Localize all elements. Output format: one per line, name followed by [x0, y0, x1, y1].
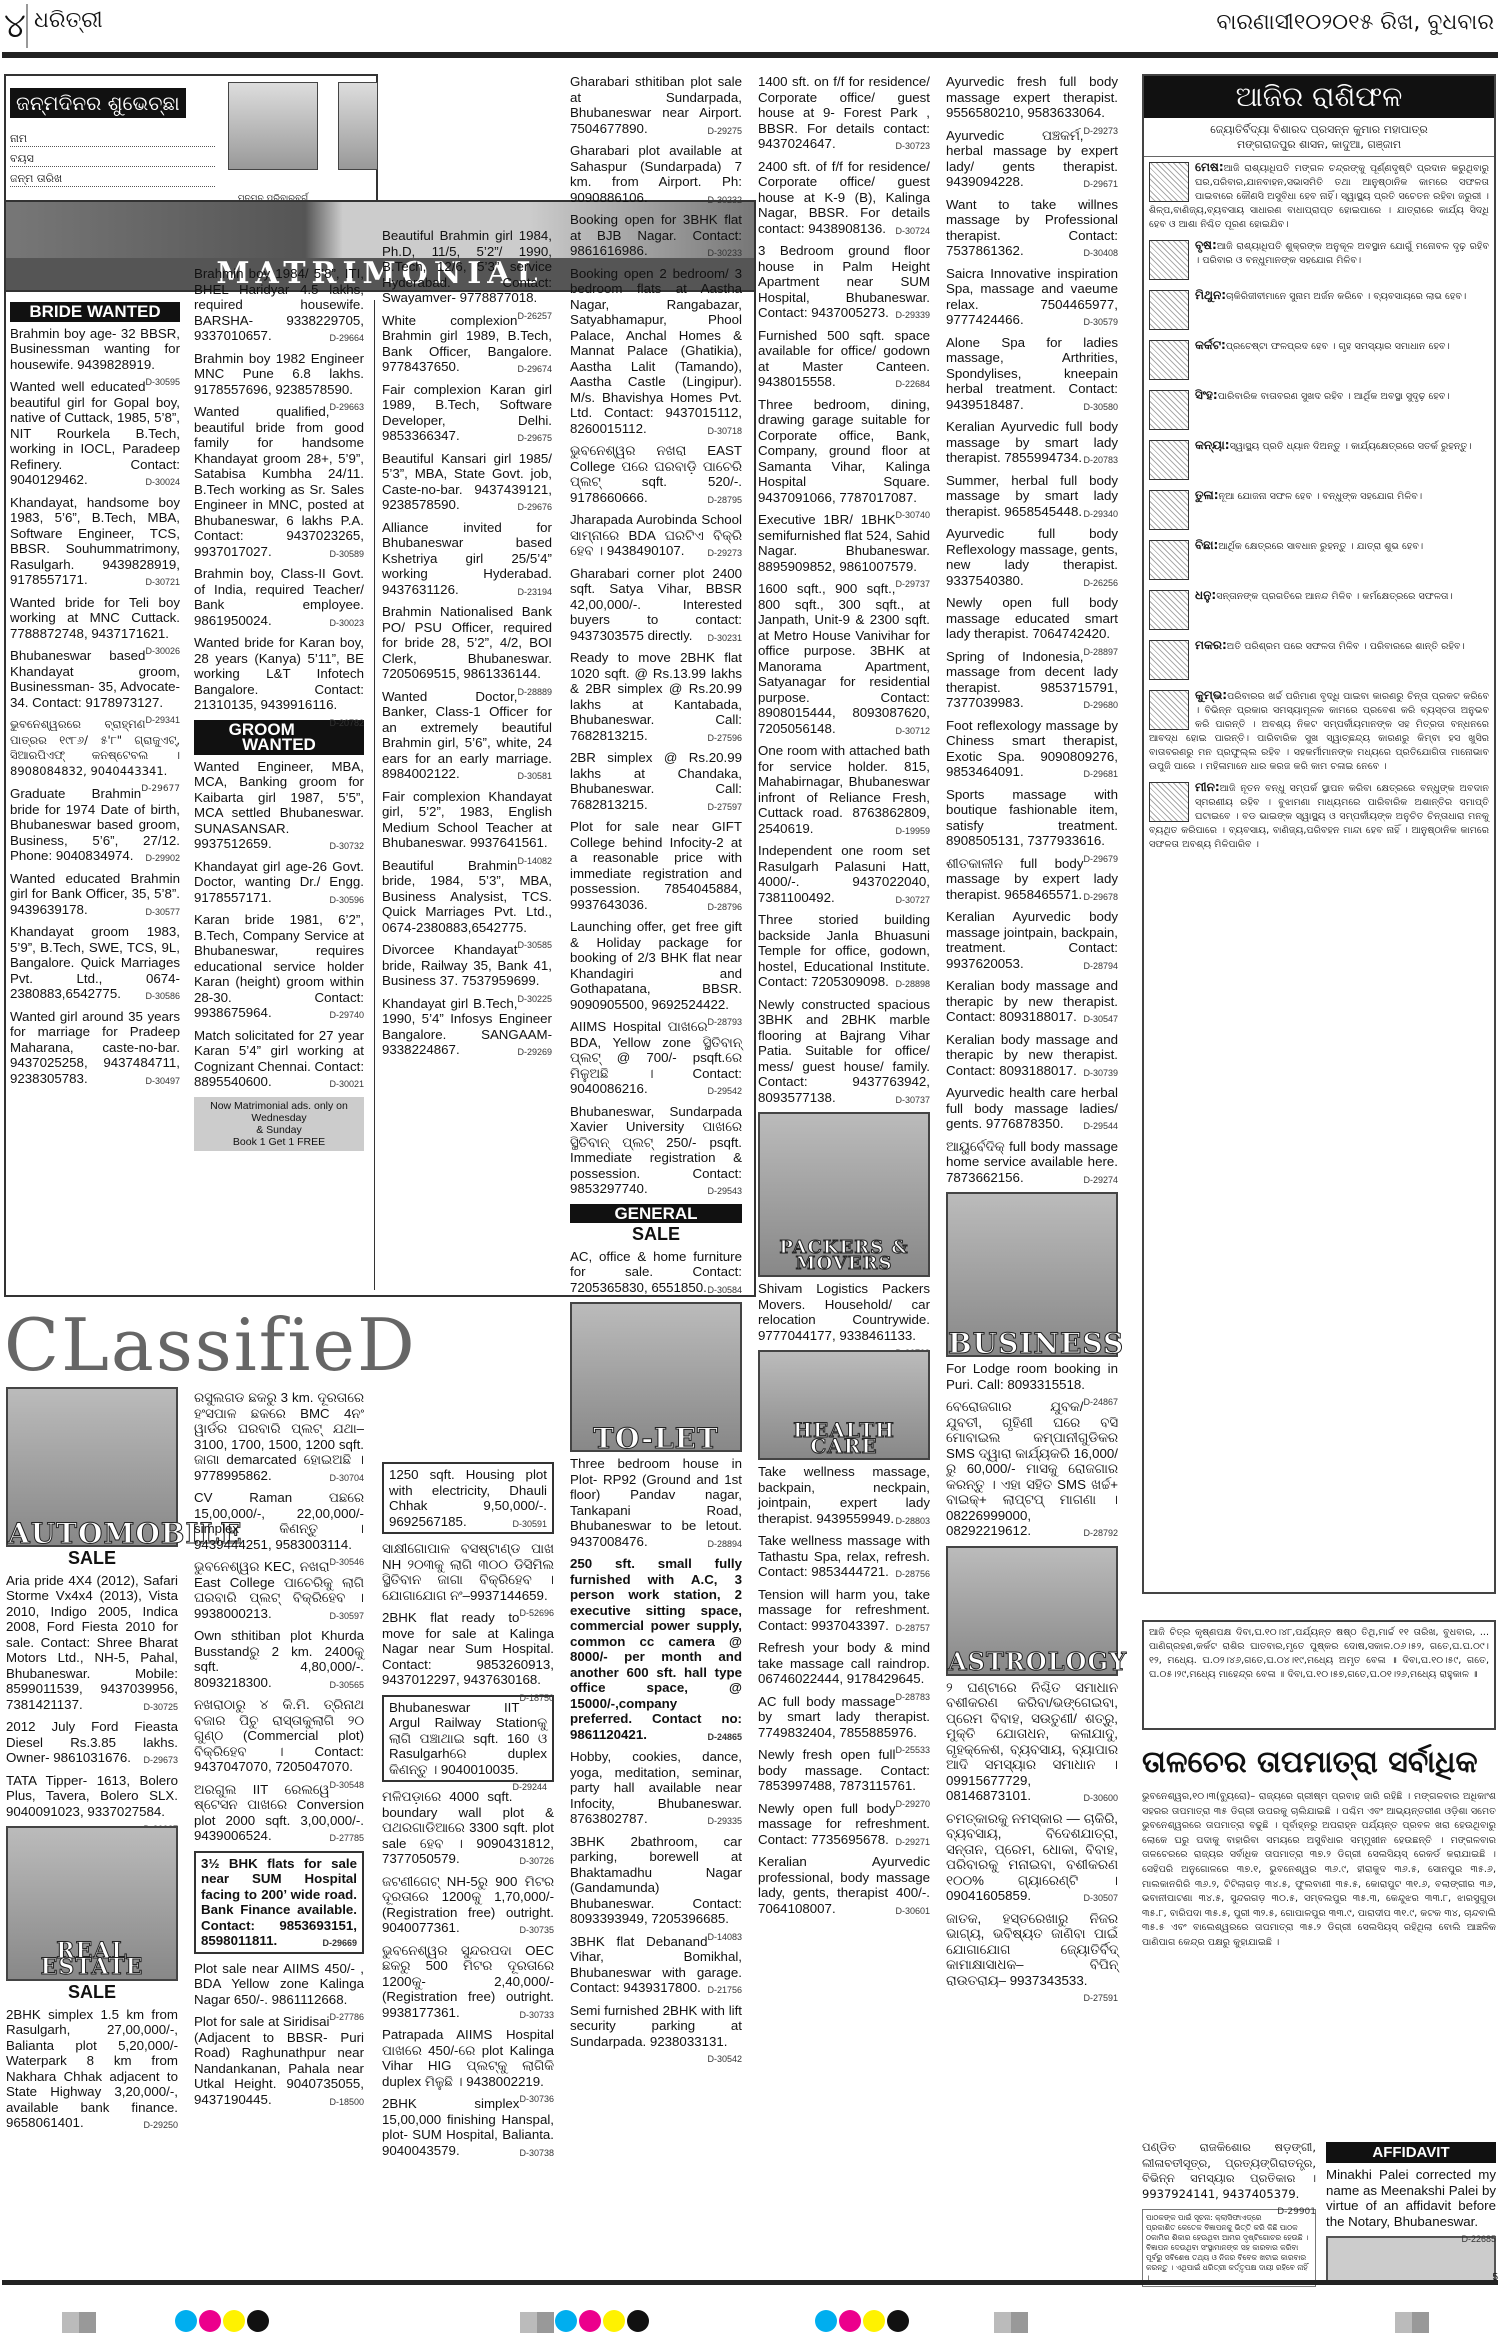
classified-ad: Keralian body massage and therapic by ne… [946, 978, 1118, 1025]
ad-text: ଜାତକ, ହସ୍ତରେଖାରୁ ନିଜର ଭାଗ୍ୟ, ଭବିଷ୍ୟତ ଜାଣ… [946, 1911, 1118, 1988]
classified-ad: Karan bride 1981, 6’2”, B.Tech, Company … [194, 912, 364, 1021]
classified-ad: Wanted well educated beautiful girl for … [10, 379, 180, 488]
ad-code: D-30600 [1083, 1791, 1118, 1807]
ad-code: D-30026 [145, 644, 180, 660]
sign-name: ଧନୁ: [1195, 588, 1216, 602]
archer-icon [1149, 590, 1189, 630]
aquarius-icon [1149, 690, 1189, 730]
ad-code: D-30233 [707, 246, 742, 262]
sign-text: ସନ୍ତାନଙ୍କ ପ୍ରଗତିରେ ଆନନ୍ଦ ମିଳିବ । କର୍ମକ୍ଷ… [1216, 591, 1453, 602]
sign-text: ଅତି ପରିଶ୍ରମ ପରେ ସଫଳତା ମିଳିବ । ପରିବାରରେ ଶ… [1227, 641, 1465, 652]
ad-code: D-30497 [145, 1074, 180, 1090]
classified-ad: 250 sft. small fully furnished with A.C,… [570, 1556, 742, 1742]
sign-name: ମେଷ: [1195, 160, 1224, 174]
classified-column-1: AUTOMOBILE SALE Aria pride 4X4 (2012), S… [6, 1387, 178, 2138]
classified-ad: Brahmin boy age- 32 BBSR, Businessman wa… [10, 326, 180, 373]
ad-code: D-29250 [143, 2118, 178, 2134]
paper-logo: ଧରିତ୍ରୀ [34, 8, 103, 33]
ad-code: D-30712 [895, 724, 930, 740]
classified-ad: 1600 sqft., 900 sqft., 800 sqft., 300 sq… [758, 581, 930, 736]
ad-text: One room with attached bath for service … [758, 743, 930, 836]
color-registration-marks [555, 2310, 649, 2332]
ad-code: D-27786 [329, 2010, 364, 2026]
classified-ad: Three bedroom, dining, drawing garage su… [758, 397, 930, 506]
sign-text: ନୂଆ ଯୋଜନା ସଫଳ ହେବ । ବନ୍ଧୁଙ୍କ ସହଯୋଗ ମିଳିବ… [1219, 491, 1423, 502]
classified-ad: 2BR simplex @ Rs.20.99 lakhs at Chandaka… [570, 750, 742, 812]
ad-code: D-30601 [895, 1904, 930, 1920]
bull-icon [1149, 240, 1189, 280]
classified-ad: Gharabari plot available at Sahaspur (Su… [570, 143, 742, 205]
classified-ad: Khandayat, handsome boy 1983, 5’6”, B.Te… [10, 495, 180, 588]
scales-icon [1149, 490, 1189, 530]
services-column: Ayurvedic fresh full body massage expert… [946, 74, 1118, 2007]
ad-text: ବେରୋଜଗାର ଯୁବକ/ ଯୁବତୀ, ଗୃହିଣୀ ଘରେ ବସି ମୋବ… [946, 1399, 1118, 1538]
classified-ad: Wanted bride for Karan boy, 28 years (Ka… [194, 635, 364, 713]
ad-text: Bhubaneswar IIT Argul Railway Stationକୁ … [389, 1700, 547, 1777]
sign-name: କର୍କଟ: [1195, 338, 1226, 352]
classified-ad: Wanted qualified, beautiful bride from g… [194, 404, 364, 559]
classified-ad: Alliance invited for Bhubaneswar based K… [382, 520, 552, 598]
ad-text: Newly constructed spacious 3BHK and 2BHK… [758, 997, 930, 1105]
classified-column-2: ରସୁଲଗଡ ଛକରୁ 3 km. ଦୂରତାରେ ହଂସପାଳ ଛକରେ BM… [194, 1390, 364, 2114]
sign-name: ବୃଷ: [1195, 238, 1217, 252]
ad-code: D-23194 [517, 585, 552, 601]
classified-ad: Newly constructed spacious 3BHK and 2BHK… [758, 997, 930, 1106]
classified-ad: Keralian Ayurvedic professional, body ma… [758, 1854, 930, 1916]
classified-ad: ଜାତକ, ହସ୍ତରେଖାରୁ ନିଜର ଭାଗ୍ୟ, ଭବିଷ୍ୟତ ଜାଣ… [946, 1911, 1118, 1989]
classified-ad: Three bedroom house in Plot- RP92 (Groun… [570, 1456, 742, 1549]
classified-ad: Semi furnished 2BHK with lift security p… [570, 2003, 742, 2050]
gray-registration-mark [1395, 2312, 1429, 2333]
ad-code: D-30580 [1083, 400, 1118, 416]
automobile-image: AUTOMOBILE [6, 1387, 178, 1547]
classified-ad: ସାକ୍ଷୀଗୋପାଳ ବସଷ୍ଟାଣ୍ଡ ପାଖ NH ୨୦୩କୁ ଲାଗି … [382, 1541, 554, 1603]
classified-ad: Three storied building backside Janla Bh… [758, 912, 930, 990]
ad-code: D-30739 [1083, 1066, 1118, 1082]
twins-icon [1149, 290, 1189, 330]
ad-text: Wanted well educated beautiful girl for … [10, 379, 180, 487]
classified-ad: 3 Bedroom ground floor house in Palm Hei… [758, 243, 930, 321]
crab-icon [1149, 340, 1189, 380]
ad-text: Beautiful Brahmin girl 1984, Ph.D, 11/5,… [382, 228, 552, 305]
ad-code: D-30727 [895, 893, 930, 909]
classified-ad: Fair complexion Khandayat girl, 5’2”, 19… [382, 789, 552, 851]
ad-code: D-30721 [145, 575, 180, 591]
ad-code: D-18750 [519, 1691, 554, 1707]
ad-text: ସାକ୍ଷୀଗୋପାଳ ବସଷ୍ଟାଣ୍ଡ ପାଖ NH ୨୦୩କୁ ଲାଗି … [382, 1541, 554, 1603]
classified-ad: Gharabari sthitiban plot sale at Sundarp… [570, 74, 742, 136]
ad-text: Newly open full body massage educated sm… [946, 595, 1118, 641]
ad-code: D-29273 [1083, 124, 1118, 140]
name-field[interactable]: ନାମ [10, 132, 215, 147]
sign-name: ମିଥୁନ: [1195, 288, 1226, 302]
ad-code: D-29681 [1083, 767, 1118, 783]
classified-ad: Alone Spa for ladies massage, Arthrities… [946, 335, 1118, 413]
classified-ad: Want to take willnes massage by Professi… [946, 197, 1118, 259]
general-sale-heading: SALE [570, 1227, 742, 1243]
ad-code: D-29673 [143, 1753, 178, 1769]
classified-ad: Brahmin Nationalised Bank PO/ PSU Office… [382, 604, 552, 682]
ad-code: D-30595 [145, 375, 180, 391]
sign-name: ମୀନ: [1195, 780, 1220, 794]
classified-ad: Jharapada Aurobinda School ସାମ୍ନାରେ BDA … [570, 512, 742, 559]
ad-text: Karan bride 1981, 6’2”, B.Tech, Company … [194, 912, 364, 1020]
ad-code: D-27785 [329, 1831, 364, 1847]
classified-ad: 2400 sft. of f/f for residence/ Corporat… [758, 159, 930, 237]
ad-code: D-30548 [329, 1778, 364, 1794]
classified-ad: Beautiful Kansari girl 1985/ 5’3”, MBA, … [382, 451, 552, 513]
ad-text: Shivam Logistics Packers Movers. Househo… [758, 1281, 930, 1343]
sign-name: ତୁଳା: [1195, 488, 1219, 502]
ad-code: D-28897 [1083, 645, 1118, 661]
horoscope-sign: କର୍କଟ:ପ୍ରଚେଷ୍ଟା ଫଳପ୍ରଦ ହେବ । ଗୃହ ସମସ୍ୟାର… [1144, 335, 1494, 385]
classified-ad: 2BHK flat ready to move for sale at Kali… [382, 1610, 554, 1688]
ad-text: Brahmin boy 1982 Engineer MNC Pune 6.8 l… [194, 351, 364, 397]
matrimonial-column-3: Beautiful Brahmin girl 1984, Ph.D, 11/5,… [382, 228, 552, 1065]
ad-code: D-30542 [707, 2052, 742, 2068]
classified-ad: TATA Tipper- 1613, Bolero Plus, Tavera, … [6, 1773, 178, 1820]
ad-text: TATA Tipper- 1613, Bolero Plus, Tavera, … [6, 1773, 178, 1819]
astrology-image: ASTROLOGY [946, 1546, 1118, 1676]
ad-code: D-29339 [895, 308, 930, 324]
ad-text: 2BHK flat ready to move for sale at Kali… [382, 1610, 554, 1687]
ad-code: D-30726 [519, 1854, 554, 1870]
scorpion-icon [1149, 540, 1189, 580]
affidavit-block: AFFIDAVIT Minakhi Palei corrected my nam… [1326, 2140, 1496, 2284]
classified-ad: Plot for sale near GIFT College behind I… [570, 819, 742, 912]
classified-ad: AC, office & home furniture for sale. Co… [570, 1249, 742, 1296]
footer-rule [2, 2280, 1498, 2285]
ad-text: Aria pride 4X4 (2012), Safari Storme Vx4… [6, 1573, 178, 1712]
horoscope-sign: ବିଛା:ଆର୍ଥିକ କ୍ଷେତ୍ରରେ ସାବଧାନ ରୁହନ୍ତୁ । ଯ… [1144, 535, 1494, 585]
classified-ad: Ayurvedic health care herbal full body m… [946, 1085, 1118, 1132]
classified-ad: Gharabari corner plot 2400 sqft. Satya V… [570, 566, 742, 644]
ad-code: D-28796 [707, 900, 742, 916]
ad-code: D-30547 [1083, 1012, 1118, 1028]
ad-code: D-14083 [707, 1930, 742, 1946]
ad-text: 3BHK 2bathroom, car parking, borewell at… [570, 1834, 742, 1927]
ad-code: D-30584 [707, 1283, 742, 1299]
sign-name: ସିଂହ: [1195, 388, 1218, 402]
fish-icon [1149, 782, 1189, 822]
tolet-image: TO-LET [570, 1302, 742, 1452]
classified-ad: 2012 July Ford Fieasta Diesel Rs.3.85 la… [6, 1719, 178, 1766]
gray-registration-mark [994, 2312, 1028, 2333]
ad-code: D-29341 [145, 713, 180, 729]
ad-code: D-27597 [707, 800, 742, 816]
ad-code: D-30579 [1083, 315, 1118, 331]
ad-code: D-29737 [895, 577, 930, 593]
classified-ad: Match solicitated for 27 year Karan 5’4”… [194, 1028, 364, 1090]
ad-code: D-29902 [145, 851, 180, 867]
ad-code: D-29544 [1083, 1119, 1118, 1135]
ad-code: D-30596 [329, 893, 364, 909]
page-header: ୪ ଧରିତ୍ରୀ ବାରଣାସୀ୧୦୨୦୧୫ ରିଖ, ବୁଧବାର [0, 0, 1500, 60]
classified-ad: ଜଟଣୀଗେଟ୍ NH-5ରୁ 900 ମିଟର ଦୂରତାରେ 1200କୁ … [382, 1874, 554, 1936]
horoscope-sign: ତୁଳା:ନୂଆ ଯୋଜନା ସଫଳ ହେବ । ବନ୍ଧୁଙ୍କ ସହଯୋଗ … [1144, 485, 1494, 535]
panchang-text: ଆଜି ଚିତ୍ର କୃଷ୍ଣପକ୍ଷ ଦିବା,ଘ.୧୦।୪୮,ପର୍ଯ୍ୟନ… [1144, 1622, 1494, 1686]
ad-code: D-18500 [329, 2095, 364, 2111]
matrimonial-promo: Now Matrimonial ads. only onWednesday& S… [194, 1097, 364, 1151]
age-field[interactable]: ବୟସ [10, 152, 215, 167]
horoscope-author: ଜ୍ୟୋତିର୍ବିଦ୍ୟା ବିଶାରଦ ପ୍ରସନ୍ନ କୁମାର ମହାପ… [1144, 118, 1494, 157]
ad-code: D-28803 [895, 1514, 930, 1530]
classified-ad: Khandayat girl age-26 Govt. Doctor, want… [194, 859, 364, 906]
classified-ad: Aria pride 4X4 (2012), Safari Storme Vx4… [6, 1573, 178, 1713]
ad-text: Wanted bride for Karan boy, 28 years (Ka… [194, 635, 364, 712]
classified-ad: Graduate Brahmin bride for 1974 Date of … [10, 786, 180, 864]
ad-code: D-28794 [1083, 959, 1118, 975]
classified-ad: ଭୁବନେଶ୍ୱର ନଖରା EAST College ପରେ ଘରବାଡ଼ି … [570, 443, 742, 505]
ad-text: ଚମତ୍କାରକୁ ନମସ୍କାର — ଚାକିରି, ବ୍ୟବସାୟ, ବିଦ… [946, 1811, 1118, 1904]
classified-ad: Summer, herbal full body massage by smar… [946, 473, 1118, 520]
classified-ad: Ready to move 2BHK flat 1020 sqft. @ Rs.… [570, 650, 742, 743]
ad-text: ନଖରାଠାରୁ ୪ କି.ମି. ତ୍ରିନାଥ ବଜାର ପିଚୁ ରାସ୍… [194, 1697, 364, 1774]
magenta-dot [199, 2310, 221, 2332]
ad-code: D-30225 [517, 992, 552, 1008]
ad-code: D-30507 [1083, 1891, 1118, 1907]
classified-ad: ରସୁଲଗଡ ଛକରୁ 3 km. ଦୂରତାରେ ହଂସପାଳ ଛକରେ BM… [194, 1390, 364, 1483]
classified-ad: Wanted bride for Teli boy working at MNC… [10, 595, 180, 642]
ad-text: Wanted Engineer, MBA, MCA, Banking groom… [194, 759, 364, 852]
packers-movers-image: PACKERS & MOVERS [758, 1112, 930, 1277]
ad-code: D-29340 [1083, 507, 1118, 523]
ad-text: For Lodge room booking in Puri. Call: 80… [946, 1361, 1118, 1392]
ad-code: D-29275 [707, 124, 742, 140]
ad-code: D-28757 [895, 1621, 930, 1637]
cyan-dot [175, 2310, 197, 2332]
classified-ad: For Lodge room booking in Puri. Call: 80… [946, 1361, 1118, 1392]
classified-ad: Keralian Ayurvedic full body massage by … [946, 419, 1118, 466]
real-estate-image: REAL ESTATE [6, 1826, 178, 1981]
ad-text: Three bedroom house in Plot- RP92 (Groun… [570, 1456, 742, 1549]
black-dot [247, 2310, 269, 2332]
ad-text: Sports massage with boutique fashionable… [946, 787, 1118, 849]
ad-text: ରସୁଲଗଡ ଛକରୁ 3 km. ଦୂରତାରେ ହଂସପାଳ ଛକରେ BM… [194, 1390, 364, 1483]
page-number: ୪ [4, 6, 26, 46]
sign-text: ସ୍ୱାସ୍ଥ୍ୟ ପ୍ରତି ଧ୍ୟାନ ଦିଅନ୍ତୁ । କାର୍ଯ୍ୟକ… [1230, 441, 1472, 452]
ad-code: D-24865 [707, 1730, 742, 1746]
ad-code: D-29674 [517, 362, 552, 378]
header-divider [26, 4, 28, 48]
classified-ad: Brahmin boy 1982 Engineer MNC Pune 6.8 l… [194, 351, 364, 398]
classified-ad: Ayurvedic fresh full body massage expert… [946, 74, 1118, 121]
classified-ad: Brahmin boy, Class-II Govt. of India, re… [194, 566, 364, 628]
ad-text: Wanted qualified, beautiful bride from g… [194, 404, 364, 559]
health-care-image: HEALTH CARE [758, 1350, 930, 1460]
news-body: ଭୁବନେଶ୍ୱର,୧୦।୩(ବ୍ୟୁରୋ)– ରାଜ୍ୟରେ ଗ୍ରୀଷ୍ମ … [1142, 1790, 1496, 1951]
classified-ad: 1400 sft. on f/f for residence/ Corporat… [758, 74, 930, 152]
classified-ad: Booking open for 3BHK flat at BJB Nagar.… [570, 212, 742, 259]
classified-ad: Beautiful Brahmin bride, 1984, 5’3”, MBA… [382, 858, 552, 936]
ad-code: D-30589 [329, 547, 364, 563]
ad-text: Patrapada AIIMS Hospital ପାଖରେ 450/-ରେ p… [382, 2027, 554, 2089]
ad-code: D-30738 [519, 2146, 554, 2162]
classified-ad: 3BHK 2bathroom, car parking, borewell at… [570, 1834, 742, 1927]
color-registration-marks [175, 2310, 269, 2332]
ad-code: D-20783 [1083, 453, 1118, 469]
child-photo-1 [228, 82, 318, 170]
ad-text: CV Raman ପଛରେ 15,00,000/-, 22,00,000/- s… [194, 1490, 364, 1552]
classified-ad: Sports massage with boutique fashionable… [946, 787, 1118, 849]
classified-ad: Wanted Engineer, MBA, MCA, Banking groom… [194, 759, 364, 852]
ad-text: Semi furnished 2BHK with lift security p… [570, 2003, 742, 2049]
ad-code: D-29664 [329, 331, 364, 347]
ad-code: D-29677 [141, 782, 180, 798]
classified-ad: ପଣ୍ଡିତ ରାଜକିଶୋର ଷଡ଼ଙ୍ଗୀ, ଲୀଳାବତୀସୂତ୍ର, ପ… [1142, 2140, 1316, 2202]
classified-ad: Booking open 2 bedroom/ 3 bedroom flats … [570, 266, 742, 437]
classified-ad: Newly open full body massage educated sm… [946, 595, 1118, 642]
matrimonial-column-1: BRIDE WANTED Brahmin boy age- 32 BBSR, B… [10, 300, 180, 1093]
ram-icon [1149, 162, 1189, 202]
ad-text: Fair complexion Khandayat girl, 5’2”, 19… [382, 789, 552, 851]
ad-code: D-27591 [1083, 1991, 1118, 2007]
affidavit-ad: Minakhi Palei corrected my name as Meena… [1326, 2167, 1496, 2229]
ad-text: 1600 sqft., 900 sqft., 800 sqft., 300 sq… [758, 581, 930, 736]
classified-ad: ବେରୋଜଗାର ଯୁବକ/ ଯୁବତୀ, ଗୃହିଣୀ ଘରେ ବସି ମୋବ… [946, 1399, 1118, 1539]
sign-name: କୁମ୍ଭ: [1195, 688, 1227, 702]
goat-icon [1149, 640, 1189, 680]
ad-code: D-30704 [329, 1471, 364, 1487]
classified-ad: ୨ ଘଣ୍ଟାରେ ନିଶ୍ଚିତ ସମାଧାନ ବଶୀକରଣ କରିବା/ଭଙ… [946, 1680, 1118, 1804]
classified-ad: Fair complexion Karan girl 1989, B.Tech,… [382, 382, 552, 444]
horoscope-sign: ମୀନ:ଆଜି ନୂତନ ବନ୍ଧୁ ସମ୍ପର୍କ ସ୍ଥାପନ କରିବା … [1144, 777, 1494, 855]
classified-ad: Ayurvedic full body Reflexology massage,… [946, 526, 1118, 588]
ad-code: D-27596 [707, 731, 742, 747]
classified-ad: Beautiful Brahmin girl 1984, Ph.D, 11/5,… [382, 228, 552, 306]
classified-ad: Wanted girl around 35 years for marriage… [10, 1009, 180, 1087]
ad-code: D-25533 [895, 1743, 930, 1759]
sign-text: ପରିବାରର ଖର୍ଚ୍ଚ ପରିମାଣ ବୃଦ୍ଧି ପାଇବା କାରଣର… [1149, 691, 1489, 772]
ad-code: D-30565 [329, 1678, 364, 1694]
rental-column: 1400 sft. on f/f for residence/ Corporat… [758, 74, 930, 1923]
horoscope-sign: କୁମ୍ଭ:ପରିବାରର ଖର୍ଚ୍ଚ ପରିମାଣ ବୃଦ୍ଧି ପାଇବା… [1144, 685, 1494, 777]
ad-code: D-26257 [517, 309, 552, 325]
ad-text: Plot for sale near GIFT College behind I… [570, 819, 742, 912]
ad-code: D-52696 [519, 1606, 554, 1622]
horoscope-sign: ବୃଷ:ଆଜି ରାଶ୍ୟାଧିପତି ଶୁକ୍ରଙ୍କ ଅନୁକୂଳ ଅବସ୍… [1144, 235, 1494, 285]
classified-ad: Refresh your body & mind take massage ca… [758, 1640, 930, 1687]
ad-code: D-30740 [895, 508, 930, 524]
ad-code: D-29543 [707, 1184, 742, 1200]
ad-code: D-29270 [895, 1797, 930, 1813]
ad-code: D-30231 [707, 631, 742, 647]
horoscope-sign: ମେଷ:ଆଜି ରାଶ୍ୟାଧିପତି ମଙ୍ଗଳ ଚନ୍ଦ୍ରଙ୍କୁ ପୂର… [1144, 157, 1494, 235]
ad-code: D-28793 [707, 1015, 742, 1031]
sign-text: ପାରିବାରିକ ବାତାବରଣ ସୁଖଦ ରହିବ । ଆର୍ଥିକ ଅବସ… [1218, 391, 1450, 402]
matrimonial-column-2: Brahmin boy 1984/ 5’8”, ITI, BHEL Haridy… [194, 266, 364, 1151]
ad-text: Three bedroom, dining, drawing garage su… [758, 397, 930, 505]
ad-text: Wanted Doctor, Banker, Class-1 Officer f… [382, 689, 552, 782]
horoscope-title: ଆଜିର ରାଶିଫଳ [1144, 76, 1494, 118]
ad-code: D-30723 [895, 139, 930, 155]
classified-ad: 1250 sqft. Housing plot with electricity… [382, 1462, 554, 1534]
ad-text: Ready to move 2BHK flat 1020 sqft. @ Rs.… [570, 650, 742, 743]
bride-wanted-heading: BRIDE WANTED [10, 302, 180, 322]
horoscope-sign: ଧନୁ:ସନ୍ତାନଙ୍କ ପ୍ରଗତିରେ ଆନନ୍ଦ ମିଳିବ । କର୍… [1144, 585, 1494, 635]
ad-text: Wanted bride for Teli boy working at MNC… [10, 595, 180, 641]
ad-code: D-29269 [517, 1045, 552, 1061]
classified-ad: Take wellness massage, backpain, neckpai… [758, 1464, 930, 1526]
classified-column-3: 1250 sqft. Housing plot with electricity… [382, 1462, 554, 2165]
classified-ad: One room with attached bath for service … [758, 743, 930, 836]
ad-code: D-30021 [329, 1077, 364, 1093]
ad-code: D-26256 [1083, 576, 1118, 592]
sign-text: ଚାକିରିଜୀବୀମାନେ ସୁନାମ ଅର୍ଜନ କରିବେ । ବ୍ୟବସ… [1226, 291, 1466, 302]
ad-code: D-28889 [517, 685, 552, 701]
ad-code: D-30577 [145, 905, 180, 921]
gray-registration-mark [520, 2312, 554, 2333]
horoscope-sign: ମକର:ଅତି ପରିଶ୍ରମ ପରେ ସଫଳତା ମିଳିବ । ପରିବାର… [1144, 635, 1494, 685]
classified-ad: Furnished 500 sqft. space available for … [758, 328, 930, 390]
ad-code: D-28792 [1083, 1526, 1118, 1542]
classified-ad: Shivam Logistics Packers Movers. Househo… [758, 1281, 930, 1343]
ad-text: Launching offer, get free gift & Holiday… [570, 919, 742, 1012]
classified-ad: Wanted educated Brahmin girl for Bank Of… [10, 871, 180, 918]
ad-code: D-28756 [895, 1567, 930, 1583]
ad-text: Brahmin boy age- 32 BBSR, Businessman wa… [10, 326, 180, 372]
classified-ad: Hobby, cookies, dance, yoga, meditation,… [570, 1749, 742, 1827]
ad-code: D-29271 [895, 1835, 930, 1851]
reader-notice: ପାଠକଙ୍କ ପାଇଁ ସୂଚନା: କ୍ଲାସିଫାଏଡ୍‌ରେ ପ୍ରକା… [1142, 2209, 1316, 2287]
general-heading: GENERAL [570, 1204, 742, 1224]
ad-code: D-29676 [517, 500, 552, 516]
classified-ad: Keralian Ayurvedic body massage jointpai… [946, 909, 1118, 971]
ad-code: D-30546 [329, 1555, 364, 1571]
ad-text: Plot sale near AIIMS 450/- , BDA Yellow … [194, 1961, 364, 2007]
ad-code: D-30232 [707, 193, 742, 209]
ad-text: ୨ ଘଣ୍ଟାରେ ନିଶ୍ଚିତ ସମାଧାନ ବଶୀକରଣ କରିବା/ଭଙ… [946, 1680, 1118, 1804]
sign-text: ଆର୍ଥିକ କ୍ଷେତ୍ରରେ ସାବଧାନ ରୁହନ୍ତୁ । ଯାତ୍ରା… [1218, 541, 1423, 552]
ad-text: Bhubaneswar, Sundarpada Xavier Universit… [570, 1104, 742, 1197]
classified-ad: Take wellness massage with Tathastu Spa,… [758, 1533, 930, 1580]
ad-code: D-29273 [707, 546, 742, 562]
color-registration-marks [815, 2310, 909, 2332]
ad-code: D-29680 [1083, 698, 1118, 714]
ad-code: D-30597 [329, 1609, 364, 1625]
classified-ad: Bhubaneswar, Sundarpada Xavier Universit… [570, 1104, 742, 1197]
header-rule [2, 52, 1498, 58]
ad-code: D-29274 [1083, 1173, 1118, 1189]
ad-code: D-29675 [517, 431, 552, 447]
virgo-icon [1149, 440, 1189, 480]
ad-text: 250 sft. small fully furnished with A.C,… [570, 1556, 742, 1742]
page-marker: 5 [1492, 2272, 1498, 2283]
ad-code: D-22684 [895, 377, 930, 393]
classified-ad: Plot sale near AIIMS 450/- , BDA Yellow … [194, 1961, 364, 2008]
sign-name: କନ୍ୟା: [1195, 438, 1230, 452]
classified-ad: ଚମତ୍କାରକୁ ନମସ୍କାର — ଚାକିରି, ବ୍ୟବସାୟ, ବିଦ… [946, 1811, 1118, 1904]
ad-code: D-30408 [1083, 246, 1118, 262]
real-estate-sale-heading: SALE [6, 1985, 178, 2001]
horoscope-sign: ମିଥୁନ:ଚାକିରିଜୀବୀମାନେ ସୁନାମ ଅର୍ଜନ କରିବେ ।… [1144, 285, 1494, 335]
ad-code: D-24867 [1083, 1395, 1118, 1411]
classified-ad: 2BHK simplex 1.5 km from Rasulgarh, 27,0… [6, 2007, 178, 2131]
ad-text: Brahmin Nationalised Bank PO/ PSU Office… [382, 604, 552, 681]
classified-ad: Patrapada AIIMS Hospital ପାଖରେ 450/-ରେ p… [382, 2027, 554, 2089]
ad-code: D-30024 [145, 475, 180, 491]
ad-code: D-29335 [707, 1814, 742, 1830]
dob-field[interactable]: ଜନ୍ମ ତାରିଖ [10, 172, 215, 187]
ad-text: Booking open 2 bedroom/ 3 bedroom flats … [570, 266, 742, 436]
horoscope-sign: ସିଂହ:ପାରିବାରିକ ବାତାବରଣ ସୁଖଦ ରହିବ । ଆର୍ଥି… [1144, 385, 1494, 435]
child-photo-2 [338, 82, 378, 170]
ad-code: D-30737 [895, 1093, 930, 1109]
birthday-title: ଜନ୍ମଦିନର ଶୁଭେଚ୍ଛା [10, 88, 186, 118]
classified-ad: ଭୁବନେଶ୍ୱର ସୁନ୍ଦରପଦା OEC ଛକରୁ 500 ମିଟର ଦୂ… [382, 1943, 554, 2021]
classified-ad: ନଖରାଠାରୁ ୪ କି.ମି. ତ୍ରିନାଥ ବଜାର ପିଚୁ ରାସ୍… [194, 1697, 364, 1775]
horoscope-sign: କନ୍ୟା:ସ୍ୱାସ୍ଥ୍ୟ ପ୍ରତି ଧ୍ୟାନ ଦିଅନ୍ତୁ । କା… [1144, 435, 1494, 485]
